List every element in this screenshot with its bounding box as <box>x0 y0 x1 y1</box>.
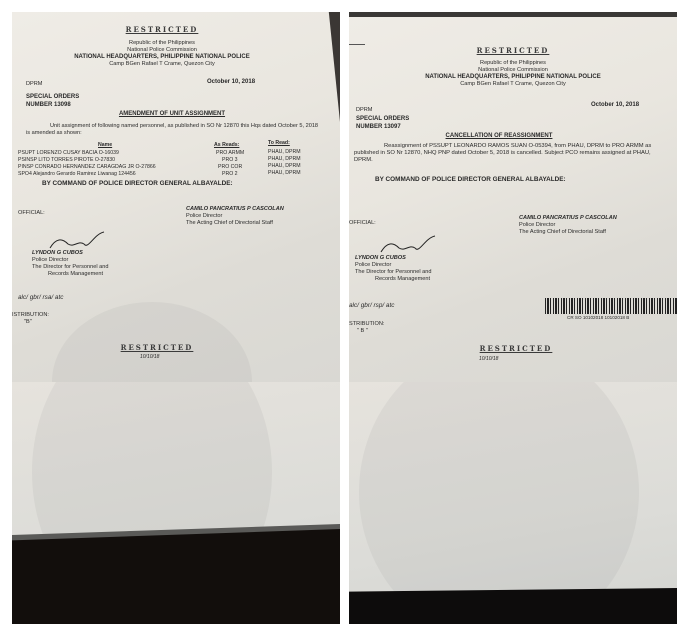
classification-bottom: RESTRICTED <box>102 344 212 353</box>
desk-surface <box>12 529 340 624</box>
header-as-reads: As Reads: <box>214 142 239 149</box>
signatory-right-name: CAMILO PANCRATIUS P CASCOLAN <box>519 215 617 222</box>
command-line: BY COMMAND OF POLICE DIRECTOR GENERAL AL… <box>375 176 566 184</box>
distribution-value: "B" <box>12 319 49 326</box>
classification-bottom: RESTRICTED <box>461 345 571 354</box>
table-row: PSUPT LORENZO CUSAY BACIA O-16039 PRO AR… <box>18 150 119 157</box>
header-line3: NATIONAL HEADQUARTERS, PHILIPPINE NATION… <box>349 74 677 82</box>
table-row: PINSP CONRADO HERNANDEZ CARAGDAG JR O-27… <box>18 164 156 171</box>
handwritten-date: 10/10/18 <box>140 354 159 360</box>
signatory-left: LYNDON G CUBOS Police Director The Direc… <box>355 255 432 283</box>
cell-as-reads: PRO COR <box>218 164 242 171</box>
header-line2: National Police Commission <box>12 47 312 54</box>
official-label: OFFICIAL: <box>349 220 376 227</box>
distribution-value: " B " <box>349 328 384 335</box>
document-photo-right: RESTRICTED Republic of the Philippines N… <box>349 12 677 382</box>
cell-name: PSINSP LITO TORRES PIROTE O-27830 <box>18 157 115 163</box>
document-photo-left: RESTRICTED Republic of the Philippines N… <box>12 12 340 382</box>
barcode-text: CR SO 10102018 10102018 B <box>567 315 629 321</box>
paper-fold-shadow <box>326 12 340 122</box>
header-line1: Republic of the Philippines <box>12 40 312 47</box>
cell-to-read: PHAU, DPRM <box>268 163 301 170</box>
cell-as-reads: PRO 3 <box>222 157 238 164</box>
signatory-left-title1: The Director for Personnel and <box>355 269 432 276</box>
paper-top-edge <box>349 12 677 17</box>
signatory-right-title: The Acting Chief of Directorial Staff <box>186 220 284 227</box>
signatory-left-title1: The Director for Personnel and <box>32 264 109 271</box>
signatory-left-title2: Records Management <box>355 276 432 283</box>
staple-mark <box>349 44 365 45</box>
initials: alc/ gbr/ rsp/ atc <box>349 302 394 310</box>
order-label: SPECIAL ORDERS <box>26 94 79 102</box>
order-number: NUMBER 13097 <box>356 124 409 132</box>
cell-to-read: PHAU, DPRM <box>268 170 301 177</box>
photo-lower-left <box>12 382 340 624</box>
classification-top: RESTRICTED <box>12 26 312 35</box>
letterhead: Republic of the Philippines National Pol… <box>12 40 312 68</box>
signatory-left-rank: Police Director <box>355 262 432 269</box>
header-line2: National Police Commission <box>349 67 677 74</box>
office: DPRM <box>26 81 42 88</box>
shadow <box>52 302 252 382</box>
order-label: SPECIAL ORDERS <box>356 116 409 124</box>
photo-lower-right <box>349 382 677 624</box>
header-line1: Republic of the Philippines <box>349 60 677 67</box>
order-body: Unit assignment of following named perso… <box>26 123 321 137</box>
order-title: CANCELLATION OF REASSIGNMENT <box>349 133 649 141</box>
date: October 10, 2018 <box>207 79 255 87</box>
office: DPRM <box>356 107 372 114</box>
cell-name: SPO4 Alejandro Gerardo Ramirez Liwanag 1… <box>18 171 136 177</box>
initials: alc/ gbr/ rsa/ atc <box>18 294 63 302</box>
signatory-right-rank: Police Director <box>186 213 284 220</box>
special-orders: SPECIAL ORDERS NUMBER 13097 <box>356 116 409 131</box>
signatory-left-name: LYNDON G CUBOS <box>32 250 109 257</box>
signatory-left: LYNDON G CUBOS Police Director The Direc… <box>32 250 109 278</box>
order-number: NUMBER 13098 <box>26 102 79 110</box>
order-title: AMENDMENT OF UNIT ASSIGNMENT <box>12 111 332 119</box>
distribution: STRIBUTION: " B " <box>349 321 384 335</box>
cell-to-read: PHAU, DPRM <box>268 149 301 156</box>
cell-as-reads: PRO 2 <box>222 171 238 178</box>
special-orders: SPECIAL ORDERS NUMBER 13098 <box>26 94 79 109</box>
command-line: BY COMMAND OF POLICE DIRECTOR GENERAL AL… <box>42 180 233 188</box>
letterhead: Republic of the Philippines National Pol… <box>349 60 677 88</box>
signatory-left-title2: Records Management <box>32 271 109 278</box>
signatory-right-name: CAMILO PANCRATIUS P CASCOLAN <box>186 206 284 213</box>
header-name: Name <box>98 142 112 149</box>
official-label: OFFICIAL: <box>18 210 45 217</box>
header-line4: Camp BGen Rafael T Crame, Quezon City <box>12 61 312 68</box>
desk-surface <box>349 588 677 624</box>
signatory-right-rank: Police Director <box>519 222 617 229</box>
cell-name: PINSP CONRADO HERNANDEZ CARAGDAG JR O-27… <box>18 164 156 170</box>
classification-top: RESTRICTED <box>349 47 677 56</box>
cell-as-reads: PRO ARMM <box>216 150 244 157</box>
barcode <box>545 298 677 314</box>
shadow <box>359 382 639 624</box>
signatory-right-title: The Acting Chief of Directorial Staff <box>519 229 617 236</box>
distribution: ISTRIBUTION: "B" <box>12 312 49 326</box>
date: October 10, 2018 <box>591 102 639 110</box>
header-line4: Camp BGen Rafael T Crame, Quezon City <box>349 81 677 88</box>
signatory-left-rank: Police Director <box>32 257 109 264</box>
signatory-left-name: LYNDON G CUBOS <box>355 255 432 262</box>
cell-name: PSUPT LORENZO CUSAY BACIA O-16039 <box>18 150 119 156</box>
header-to-read: To Read: <box>268 140 290 147</box>
signatory-right: CAMILO PANCRATIUS P CASCOLAN Police Dire… <box>186 206 284 227</box>
distribution-label: ISTRIBUTION: <box>12 312 49 319</box>
cell-to-read: PHAU, DPRM <box>268 156 301 163</box>
signatory-right: CAMILO PANCRATIUS P CASCOLAN Police Dire… <box>519 215 617 236</box>
distribution-label: STRIBUTION: <box>349 321 384 328</box>
table-row: PSINSP LITO TORRES PIROTE O-27830 PRO 3 … <box>18 157 115 164</box>
table-row: SPO4 Alejandro Gerardo Ramirez Liwanag 1… <box>18 171 136 178</box>
header-line3: NATIONAL HEADQUARTERS, PHILIPPINE NATION… <box>12 54 312 62</box>
order-body: Reassignment of PSSUPT LEONARDO RAMOS SU… <box>354 143 664 165</box>
handwritten-date: 10/10/18 <box>479 356 498 362</box>
